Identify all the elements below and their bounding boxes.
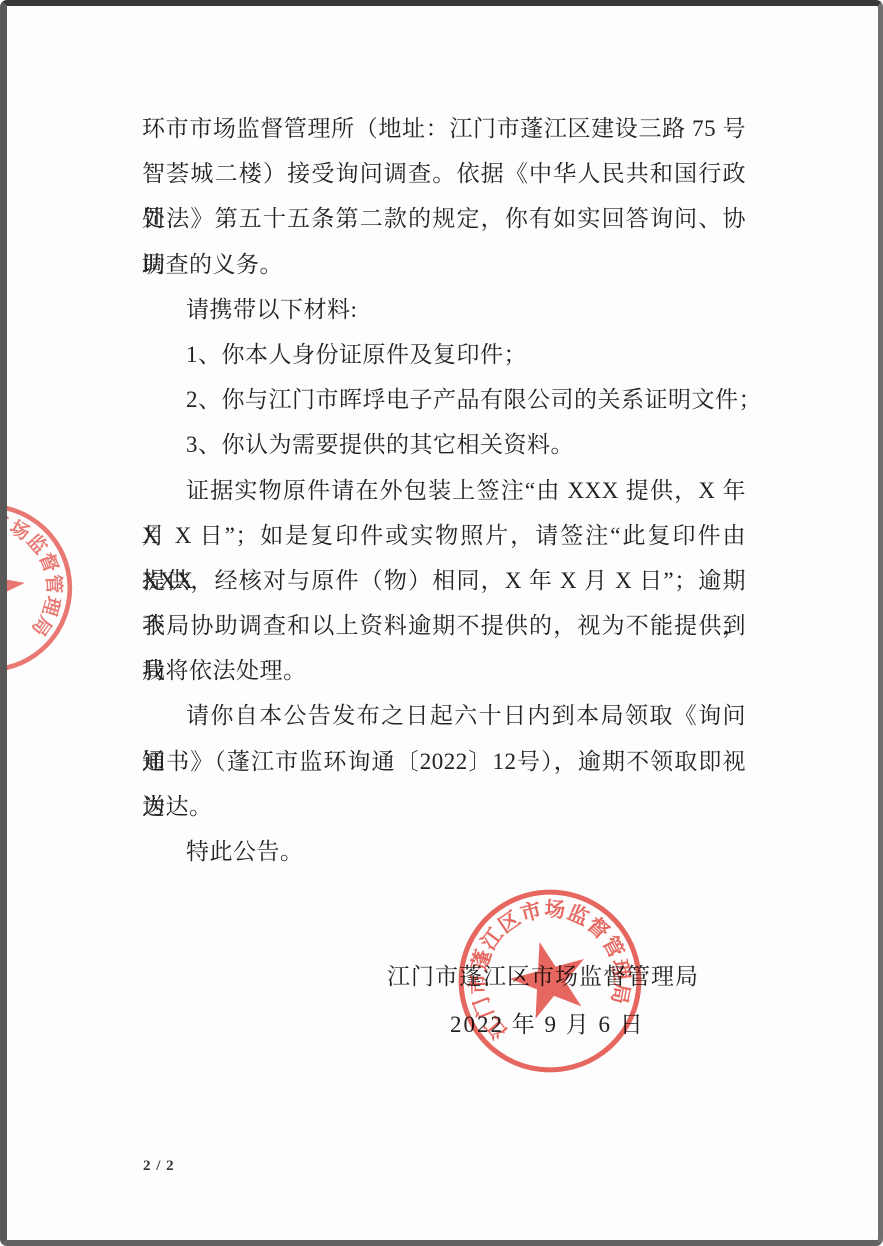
text-line: 我局协助调查和以上资料逾期不提供的，视为不能提供，我 xyxy=(142,603,746,648)
signature-date: 2022 年 9 月 6 日 xyxy=(450,1006,645,1039)
text-line: 1、你本人身份证原件及复印件； xyxy=(142,332,746,377)
text-line: 特此公告。 xyxy=(142,829,746,874)
text-line: 证据实物原件请在外包装上签注“由 XXX 提供，X 年 X xyxy=(142,468,746,513)
seal-ring xyxy=(0,495,81,681)
star-icon xyxy=(0,545,29,624)
text-line: 知书》（蓬江市监环询通〔2022〕12号），逾期不领取即视为 xyxy=(142,739,746,784)
text-line: 罚法》第五十五条第二款的规定，你有如实回答询问、协助 xyxy=(142,196,746,241)
text-line: 送达。 xyxy=(142,784,746,829)
svg-text:江门市蓬江区市场监督管理局: 江门市蓬江区市场监督管理局 xyxy=(0,498,78,643)
official-seal-left: 江门市蓬江区市场监督管理局 xyxy=(0,495,81,681)
notice-body: 环市市场监督管理所（地址：江门市蓬江区建设三路 75 号 智荟城二楼）接受询问调… xyxy=(142,106,746,874)
text-line: 局将依法处理。 xyxy=(142,648,746,693)
seal-ring-text: 江门市蓬江区市场监督管理局 xyxy=(0,498,78,643)
page-number: 2 / 2 xyxy=(143,1158,175,1175)
text-line: 2、你与江门市晖垺电子产品有限公司的关系证明文件； xyxy=(142,377,746,422)
text-line: 3、你认为需要提供的其它相关资料。 xyxy=(142,422,746,467)
signature-issuer: 江门市蓬江区市场监督管理局 xyxy=(387,958,699,991)
text-line: 请你自本公告发布之日起六十日内到本局领取《询问通 xyxy=(142,693,746,738)
text-line: 智荟城二楼）接受询问调查。依据《中华人民共和国行政处 xyxy=(142,151,746,196)
text-line: 月 X 日”；如是复印件或实物照片，请签注“此复印件由 XXX xyxy=(142,513,746,558)
text-line: 请携带以下材料: xyxy=(142,287,746,332)
text-line: 环市市场监督管理所（地址：江门市蓬江区建设三路 75 号 xyxy=(142,106,746,151)
text-line: 提供，经核对与原件（物）相同，X 年 X 月 X 日”；逾期不到 xyxy=(142,558,746,603)
document-page: 环市市场监督管理所（地址：江门市蓬江区建设三路 75 号 智荟城二楼）接受询问调… xyxy=(0,0,883,1246)
text-line: 调查的义务。 xyxy=(142,242,746,287)
